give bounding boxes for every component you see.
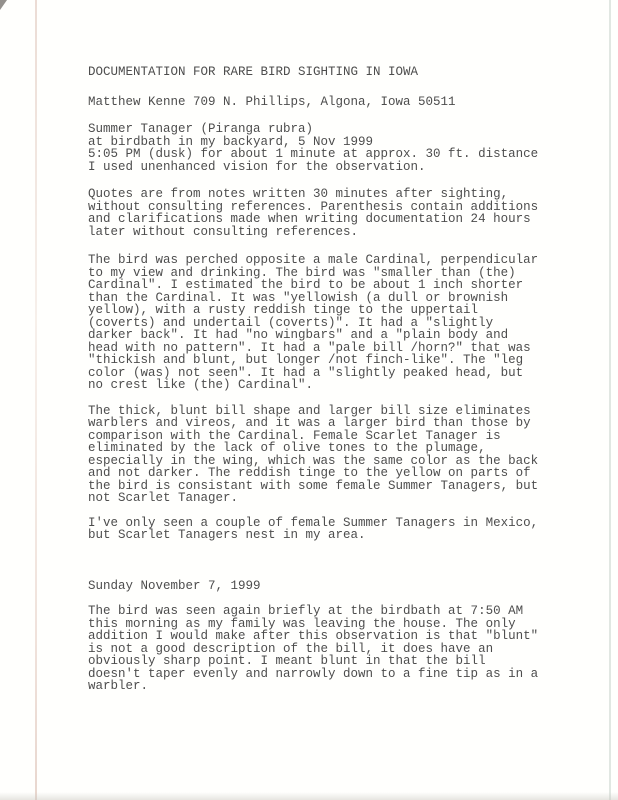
scan-corner-artifact bbox=[0, 0, 7, 10]
second-date-heading: Sunday November 7, 1999 bbox=[88, 580, 568, 593]
paragraph-second-observation: The bird was seen again briefly at the b… bbox=[88, 605, 568, 693]
paper-edge-crease bbox=[35, 0, 37, 800]
scanned-document-page: DOCUMENTATION FOR RARE BIRD SIGHTING IN … bbox=[0, 0, 618, 800]
document-title: DOCUMENTATION FOR RARE BIRD SIGHTING IN … bbox=[88, 66, 568, 79]
paragraph-species-elimination: The thick, blunt bill shape and larger b… bbox=[88, 405, 568, 505]
author-address-line: Matthew Kenne 709 N. Phillips, Algona, I… bbox=[88, 96, 568, 109]
sighting-details: Summer Tanager (Piranga rubra) at birdba… bbox=[88, 123, 568, 173]
page-bottom-shadow bbox=[0, 792, 618, 800]
paper-edge-right bbox=[609, 0, 611, 800]
paragraph-bird-description: The bird was perched opposite a male Car… bbox=[88, 254, 568, 392]
paragraph-observer-experience: I've only seen a couple of female Summer… bbox=[88, 517, 568, 542]
document-body: DOCUMENTATION FOR RARE BIRD SIGHTING IN … bbox=[88, 66, 568, 693]
paragraph-notes-disclaimer: Quotes are from notes written 30 minutes… bbox=[88, 188, 568, 238]
